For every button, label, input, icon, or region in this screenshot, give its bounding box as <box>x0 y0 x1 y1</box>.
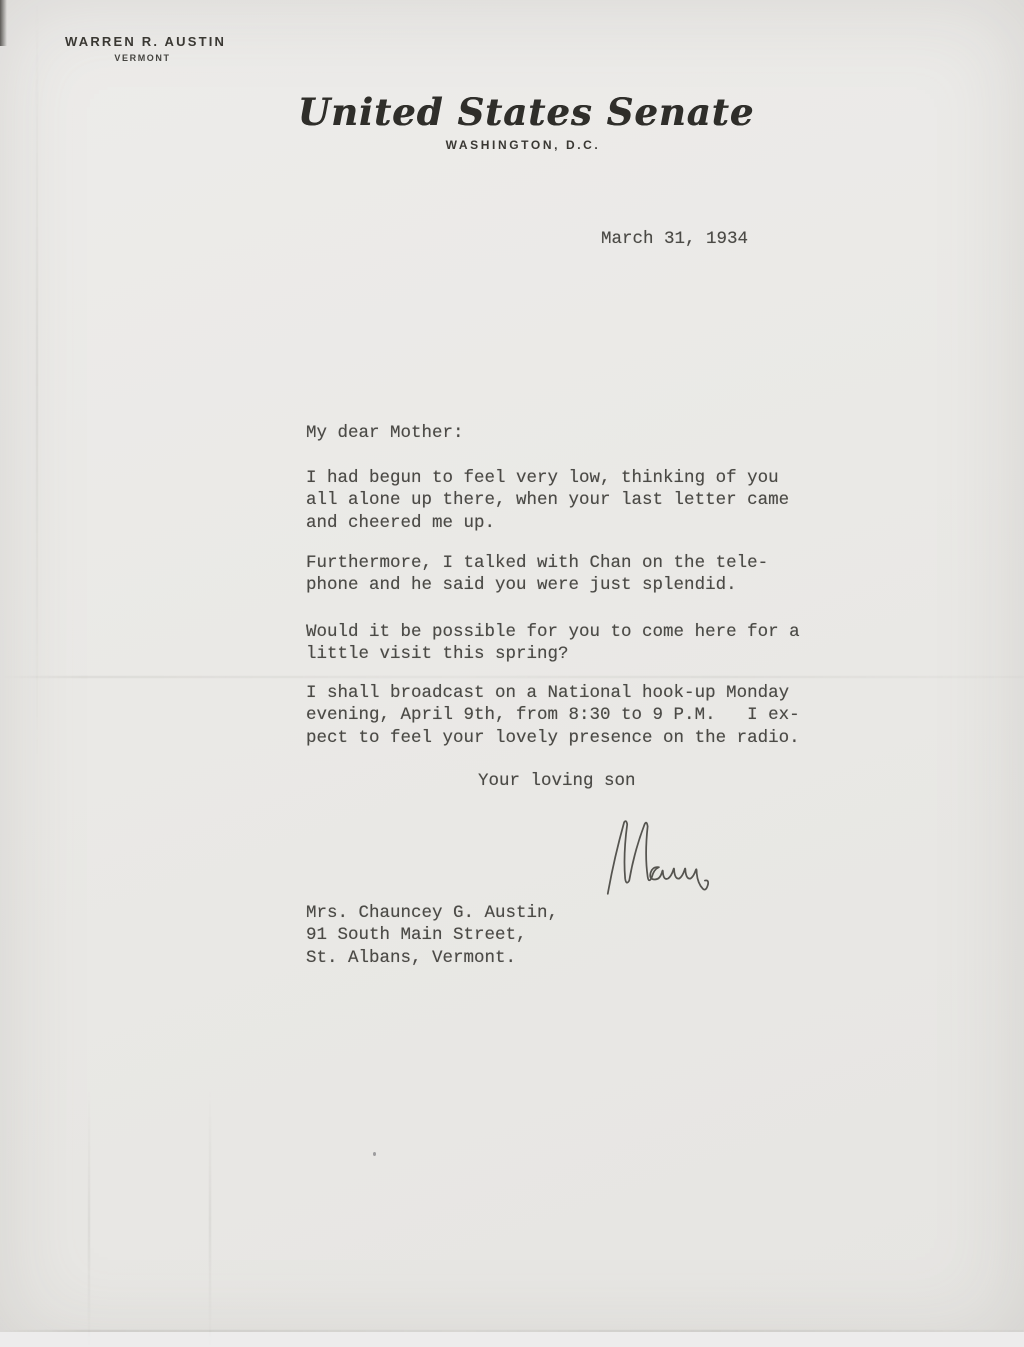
letter-paragraph: Furthermore, I talked with Chan on the t… <box>306 552 768 597</box>
letterhead-sender-name: WARREN R. AUSTIN <box>65 34 226 49</box>
letter-salutation: My dear Mother: <box>306 422 464 444</box>
letter-paragraph: I shall broadcast on a National hook-up … <box>306 682 800 749</box>
letter-paragraph: Would it be possible for you to come her… <box>306 621 800 666</box>
scan-edge-artifact <box>0 0 7 46</box>
signature-stroke <box>596 810 732 902</box>
letterhead-location: WASHINGTON, D.C. <box>11 138 1024 152</box>
vertical-crease <box>88 1090 90 1347</box>
vertical-crease <box>209 1090 211 1347</box>
letter-closing: Your loving son <box>478 770 636 792</box>
paper-speck <box>373 1152 376 1156</box>
letter-scan-page: WARREN R. AUSTIN VERMONT United States S… <box>0 0 1024 1347</box>
bottom-edge-strip <box>0 1332 1024 1347</box>
handwritten-signature <box>596 810 732 902</box>
letterhead-sender-state: VERMONT <box>65 53 220 63</box>
letterhead-title: United States Senate <box>14 90 1024 134</box>
letter-paragraph: I had begun to feel very low, thinking o… <box>306 467 789 534</box>
fold-crease-middle <box>0 676 1024 678</box>
recipient-address: Mrs. Chauncey G. Austin, 91 South Main S… <box>306 902 558 969</box>
letter-date: March 31, 1934 <box>601 228 748 250</box>
